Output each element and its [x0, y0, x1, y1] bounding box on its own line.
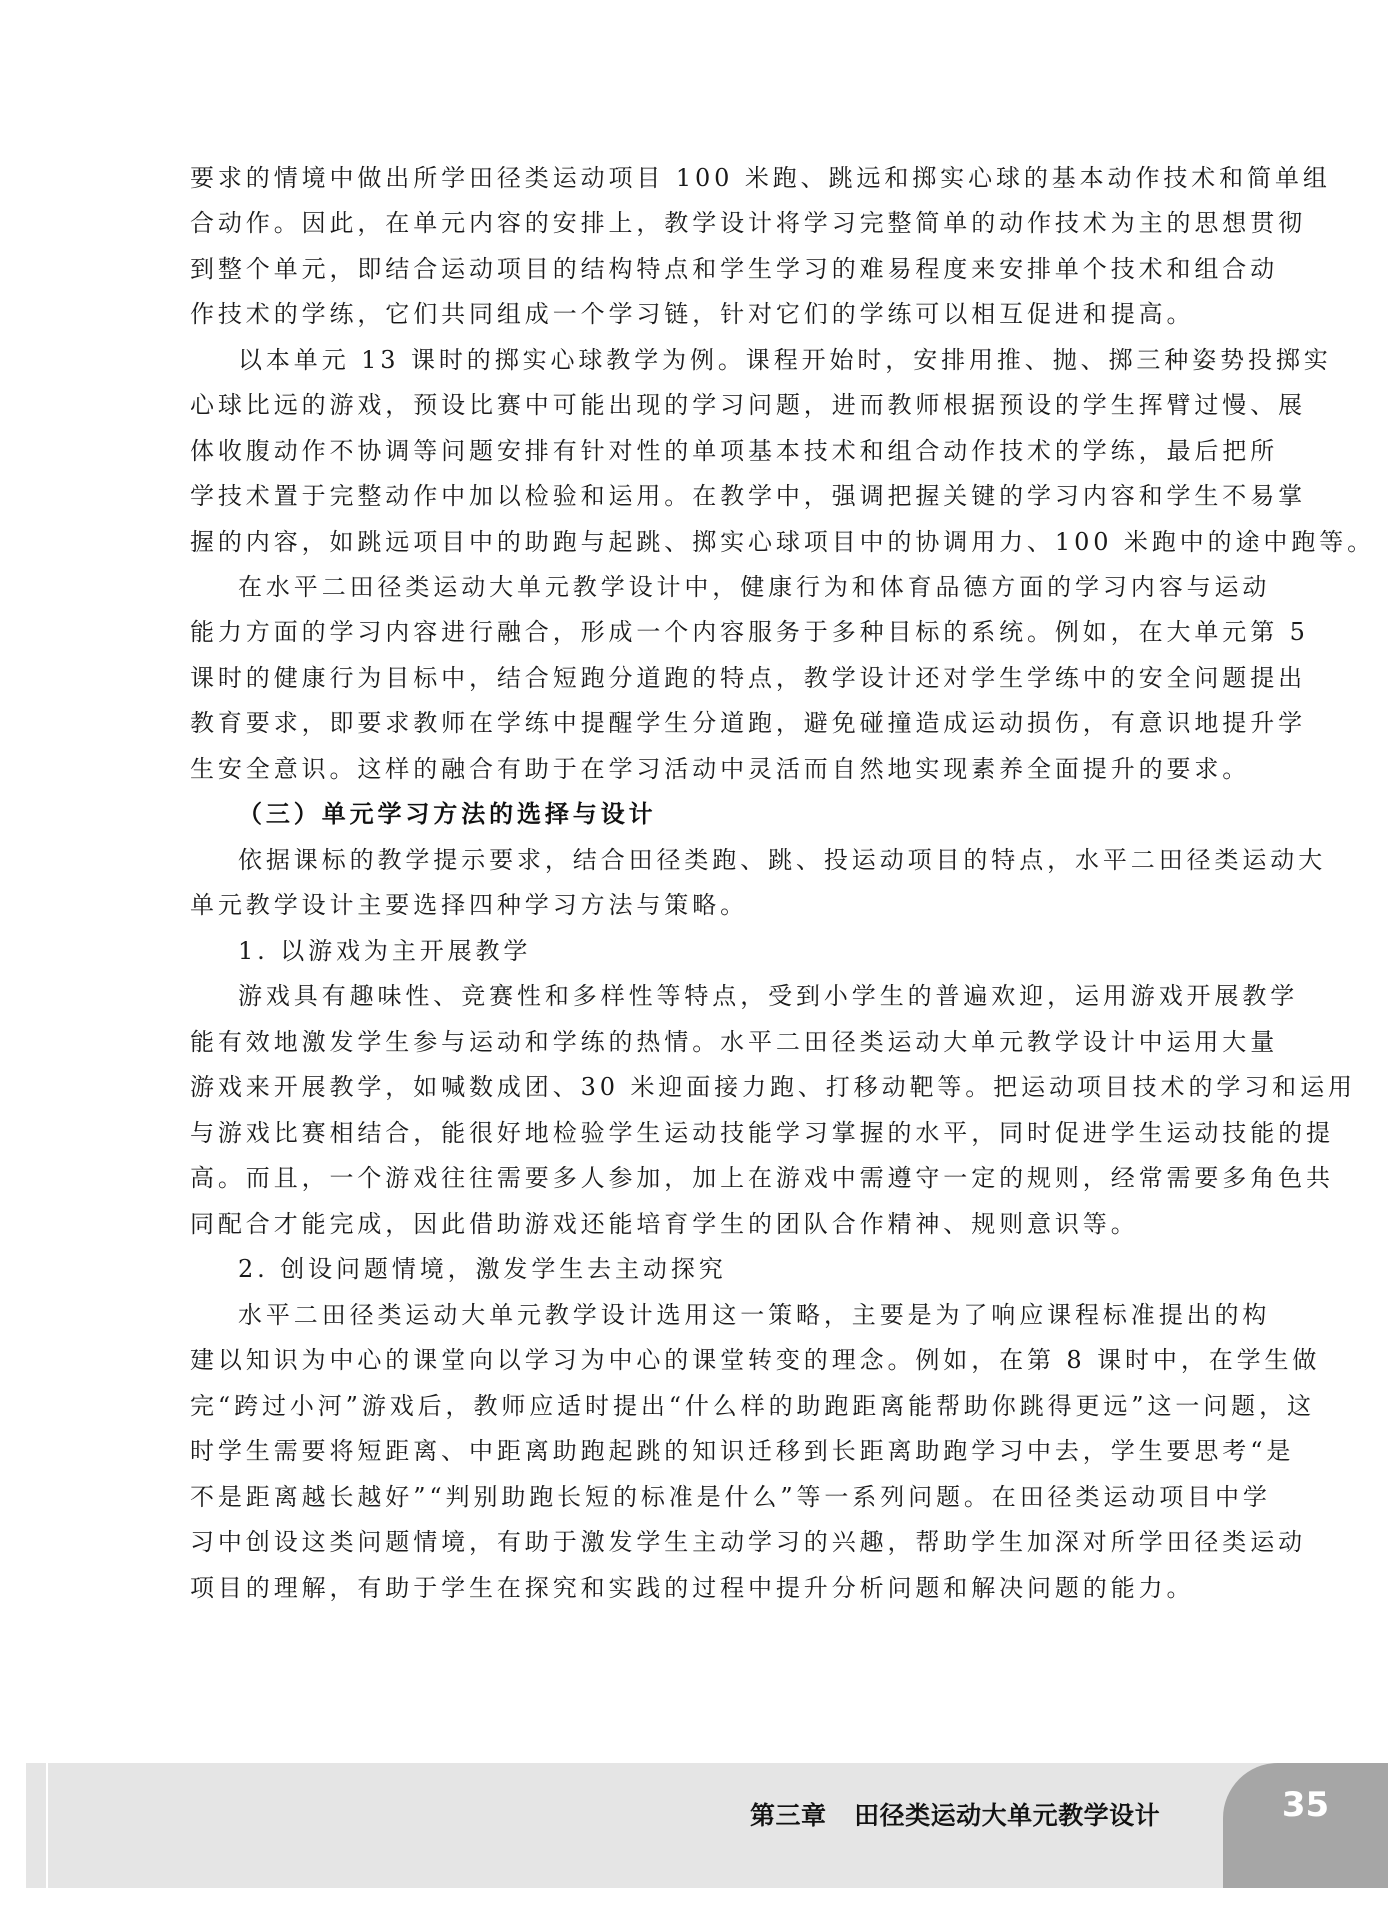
chapter-title: 第三章 田径类运动大单元教学设计	[750, 1796, 1150, 1836]
text-line: 能有效地激发学生参与运动和学练的热情。水平二田径类运动大单元教学设计中运用大量	[190, 1022, 1218, 1062]
paragraph-first-line: 游戏具有趣味性、竞赛性和多样性等特点，受到小学生的普遍欢迎，运用游戏开展教学	[238, 976, 1218, 1016]
text-line: 能力方面的学习内容进行融合，形成一个内容服务于多种目标的系统。例如，在大单元第 …	[190, 612, 1218, 652]
text-line: 课时的健康行为目标中，结合短跑分道跑的特点，教学设计还对学生学练中的安全问题提出	[190, 658, 1218, 698]
paragraph-last-line: 作技术的学练，它们共同组成一个学习链，针对它们的学练可以相互促进和提高。	[190, 294, 1218, 334]
text-line: 学技术置于完整动作中加以检验和运用。在教学中，强调把握关键的学习内容和学生不易掌	[190, 476, 1218, 516]
paragraph-first-line: 以本单元 13 课时的掷实心球教学为例。课程开始时，安排用推、抛、掷三种姿势投掷…	[238, 340, 1218, 380]
text-line: 到整个单元，即结合运动项目的结构特点和学生学习的难易程度来安排单个技术和组合动	[190, 249, 1218, 289]
paragraph-last-line: 项目的理解，有助于学生在探究和实践的过程中提升分析问题和解决问题的能力。	[190, 1568, 1218, 1608]
paragraph-last-line: 单元教学设计主要选择四种学习方法与策略。	[190, 885, 1218, 925]
text-line: 与游戏比赛相结合，能很好地检验学生运动技能学习掌握的水平，同时促进学生运动技能的…	[190, 1113, 1218, 1153]
paragraph-first-line: 水平二田径类运动大单元教学设计选用这一策略，主要是为了响应课程标准提出的构	[238, 1295, 1218, 1335]
paragraph-last-line: 同配合才能完成，因此借助游戏还能培育学生的团队合作精神、规则意识等。	[190, 1204, 1218, 1244]
text-line: 建以知识为中心的课堂向以学习为中心的课堂转变的理念。例如，在第 8 课时中，在学…	[190, 1340, 1218, 1380]
text-line: 心球比远的游戏，预设比赛中可能出现的学习问题，进而教师根据预设的学生挥臂过慢、展	[190, 385, 1218, 425]
list-item-heading: 2. 创设问题情境，激发学生去主动探究	[238, 1249, 1218, 1289]
text-line: 完“跨过小河”游戏后，教师应适时提出“什么样的助跑距离能帮助你跳得更远”这一问题…	[190, 1386, 1218, 1426]
text-line: 游戏来开展教学，如喊数成团、30 米迎面接力跑、打移动靶等。把运动项目技术的学习…	[190, 1067, 1218, 1107]
text-line: 高。而且，一个游戏往往需要多人参加，加上在游戏中需遵守一定的规则，经常需要多角色…	[190, 1158, 1218, 1198]
paragraph-last-line: 生安全意识。这样的融合有助于在学习活动中灵活而自然地实现素养全面提升的要求。	[190, 749, 1218, 789]
footer-divider	[46, 1763, 48, 1888]
text-line: 习中创设这类问题情境，有助于激发学生主动学习的兴趣，帮助学生加深对所学田径类运动	[190, 1522, 1218, 1562]
text-line: 握的内容，如跳远项目中的助跑与起跳、掷实心球项目中的协调用力、100 米跑中的途…	[190, 522, 1218, 562]
paragraph-first-line: 依据课标的教学提示要求，结合田径类跑、跳、投运动项目的特点，水平二田径类运动大	[238, 840, 1218, 880]
text-line: 要求的情境中做出所学田径类运动项目 100 米跑、跳远和掷实心球的基本动作技术和…	[190, 158, 1218, 198]
text-line: 合动作。因此，在单元内容的安排上，教学设计将学习完整简单的动作技术为主的思想贯彻	[190, 203, 1218, 243]
page-number-tab: 35	[1223, 1763, 1388, 1888]
text-line: 不是距离越长越好”“判别助跑长短的标准是什么”等一系列问题。在田径类运动项目中学	[190, 1477, 1218, 1517]
document-page: 要求的情境中做出所学田径类运动项目 100 米跑、跳远和掷实心球的基本动作技术和…	[0, 0, 1388, 1917]
text-line: 时学生需要将短距离、中距离助跑起跳的知识迁移到长距离助跑学习中去，学生要思考“是	[190, 1431, 1218, 1471]
page-number: 35	[1223, 1785, 1388, 1825]
paragraph-first-line: 在水平二田径类运动大单元教学设计中，健康行为和体育品德方面的学习内容与运动	[238, 567, 1218, 607]
text-line: 体收腹动作不协调等问题安排有针对性的单项基本技术和组合动作技术的学练，最后把所	[190, 431, 1218, 471]
footer-band	[26, 1763, 1388, 1888]
section-heading: （三）单元学习方法的选择与设计	[238, 794, 1218, 834]
text-line: 教育要求，即要求教师在学练中提醒学生分道跑，避免碰撞造成运动损伤，有意识地提升学	[190, 703, 1218, 743]
list-item-heading: 1. 以游戏为主开展教学	[238, 931, 1218, 971]
